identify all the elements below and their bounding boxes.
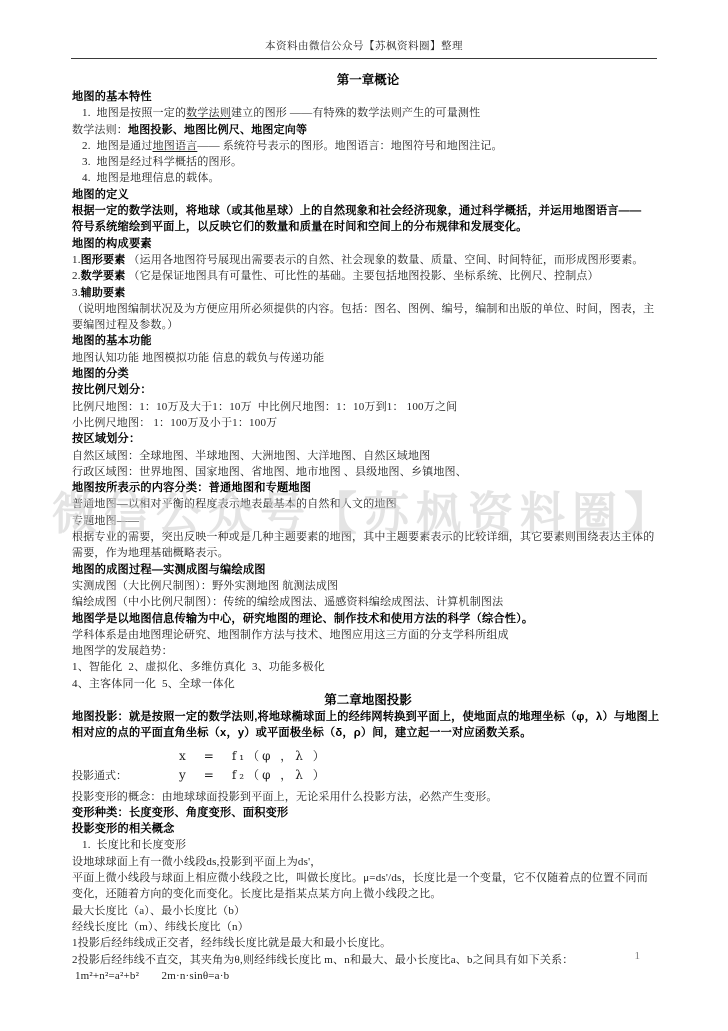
text-run: 投影变形的概念：由地球球面投影到平面上，无论采用什么投影方法，必然产生变形。	[72, 791, 498, 803]
formula-row: x = f₁（φ ，λ ）	[179, 747, 328, 766]
document-body: 第一章概论地图的基本特性1. 地图是按照一定的数学法则建立的图形 ——有特殊的数…	[72, 72, 664, 984]
text-run: 4、主客体同一化 5、全球一体化	[72, 678, 235, 690]
bold-term: 辅助要素	[81, 287, 126, 299]
text-line: 1投影后经纬线成正交者，经纬线长度比就是最大和最小长度比。	[72, 935, 664, 951]
chapter-title: 第二章地图投影	[72, 692, 664, 709]
text-run: 编绘成图（中小比例尺制图）：传统的编绘成图法、遥感资料编绘成图法、计算机制图法	[72, 596, 503, 608]
text-line: 普通地图—以相对平衡的程度表示地表最基本的自然和人文的地图	[72, 496, 664, 512]
heading-line: 相对应的点的平面直角坐标（x，y）或平面极坐标（δ，ρ）间，建立起一一对应函数关…	[72, 725, 664, 741]
page-header: 本资料由微信公众号【苏枫资料圈】整理	[0, 38, 728, 53]
text-line: 3. 地图是经过科学概括的图形。	[72, 154, 664, 170]
text-line: 1. 地图是按照一定的数学法则建立的图形 ——有特殊的数学法则产生的可量测性	[72, 105, 664, 121]
document-page: 本资料由微信公众号【苏枫资料圈】整理 第一章概论地图的基本特性1. 地图是按照一…	[0, 0, 728, 1031]
heading-line: 地图的构成要素	[72, 236, 664, 252]
text-line: 需要，作为地理基础概略表示。	[72, 545, 664, 561]
header-text: 本资料由微信公众号【苏枫资料圈】整理	[265, 41, 463, 52]
text-run: （运用各地图符号展现出需要表示的自然、社会现象的数量、质量、空间、时间特征，而形…	[125, 254, 643, 266]
text-run: 根据专业的需要，突出反映一种或是几种主题要素的地图，其中主题要素表示的比较详细，…	[72, 531, 654, 543]
heading-line: 地图的基本功能	[72, 333, 664, 349]
text-run: 比例尺地图：1：10万及大于1：10万 中比例尺地图：1：10万到1： 100万…	[72, 401, 457, 413]
text-run: 自然区域图：全球地图、半球地图、大洲地图、大洋地图、自然区域地图	[72, 450, 430, 462]
text-run: 学科体系是由地图理论研究、地图制作方法与技术、地图应用这三方面的分支学科所组成	[72, 629, 509, 641]
text-run: （说明地图编制状况及为方便应用所必须提供的内容。包括：图名、图例、编号，编制和出…	[72, 303, 654, 315]
underlined-term: 数学法则	[186, 107, 231, 119]
heading-line: 投影变形的相关概念	[72, 821, 664, 837]
text-line: 地图认知功能 地图模拟功能 信息的载负与传递功能	[72, 350, 664, 366]
text-line: 自然区域图：全球地图、半球地图、大洲地图、大洋地图、自然区域地图	[72, 448, 664, 464]
text-line: 实测成图（大比例尺制图）：野外实测地图 航测法成图	[72, 578, 664, 594]
text-line: 最大长度比（a）、最小长度比（b）	[72, 903, 664, 919]
text-line: 学科体系是由地图理论研究、地图制作方法与技术、地图应用这三方面的分支学科所组成	[72, 627, 664, 643]
text-line: （说明地图编制状况及为方便应用所必须提供的内容。包括：图名、图例、编号，编制和出…	[72, 301, 664, 317]
text-run: 1、智能化 2、虚拟化、多维仿真化 3、功能多极化	[72, 661, 325, 673]
text-line: 平面上微小线段与球面上相应微小线段之比，叫做长度比。μ=ds'/ds，长度比是一…	[72, 870, 664, 886]
text-line: 要编图过程及参数。）	[72, 317, 664, 333]
text-line: 2.数学要素 （它是保证地图具有可量性、可比性的基础。主要包括地图投影、坐标系统…	[72, 268, 664, 284]
text-line: 专题地图——	[72, 513, 664, 529]
text-run: —— 系统符号表示的图形。地图语言：地图符号和地图注记。	[197, 140, 502, 152]
text-line: 投影变形的概念：由地球球面投影到平面上，无论采用什么投影方法，必然产生变形。	[72, 789, 664, 805]
text-line: 根据专业的需要，突出反映一种或是几种主题要素的地图，其中主题要素表示的比较详细，…	[72, 529, 664, 545]
text-line: 小比例尺地图： 1：100万及小于1：100万	[72, 415, 664, 431]
bold-term: 地图投影、地图比例尺、地图定向等	[128, 124, 307, 136]
text-run: 需要，作为地理基础概略表示。	[72, 547, 229, 559]
text-line: 1. 长度比和长度变形	[72, 837, 664, 853]
formula-rows: x = f₁（φ ，λ ）y = f₂（φ ，λ ）	[179, 747, 328, 785]
text-line: 比例尺地图：1：10万及大于1：10万 中比例尺地图：1：10万到1： 100万…	[72, 399, 664, 415]
text-run: （它是保证地图具有可量性、可比性的基础。主要包括地图投影、坐标系统、比例尺、控制…	[125, 270, 598, 282]
text-run: 地图认知功能 地图模拟功能 信息的载负与传递功能	[72, 352, 324, 364]
bold-term: 数学要素	[81, 270, 126, 282]
text-run: 实测成图（大比例尺制图）：野外实测地图 航测法成图	[72, 580, 338, 592]
text-line: 编绘成图（中小比例尺制图）：传统的编绘成图法、遥感资料编绘成图法、计算机制图法	[72, 594, 664, 610]
heading-line: 按区域划分：	[72, 431, 664, 447]
text-run: 1.	[72, 254, 81, 266]
heading-line: 按比例尺划分：	[72, 382, 664, 398]
text-run: 1. 地图是按照一定的	[82, 107, 186, 119]
text-run: 经线长度比（m）、纬线长度比（n）	[72, 921, 249, 933]
text-line: 2. 地图是通过地图语言—— 系统符号表示的图形。地图语言：地图符号和地图注记。	[72, 138, 664, 154]
heading-line: 地图的分类	[72, 366, 664, 382]
text-line: 行政区域图：世界地图、国家地图、省地图、地市地图 、县级地图、乡镇地图、	[72, 464, 664, 480]
text-run: 2.	[72, 270, 81, 282]
text-run: 设地球球面上有一微小线段ds,投影到平面上为ds'，	[72, 856, 322, 868]
heading-line: 根据一定的数学法则，将地球（或其他星球）上的自然现象和社会经济现象，通过科学概括…	[72, 203, 664, 219]
heading-line: 地图的定义	[72, 187, 664, 203]
formula-label: 投影通式：	[72, 767, 127, 785]
text-line: 地图学的发展趋势：	[72, 643, 664, 659]
text-run: 要编图过程及参数。）	[72, 319, 179, 331]
bold-term: 图形要素	[81, 254, 126, 266]
text-run: 平面上微小线段与球面上相应微小线段之比，叫做长度比。μ=ds'/ds，长度比是一…	[72, 872, 648, 884]
heading-line: 变形种类：长度变形、角度变形、面积变形	[72, 805, 664, 821]
text-line: 1、智能化 2、虚拟化、多维仿真化 3、功能多极化	[72, 659, 664, 675]
text-line: 4、主客体同一化 5、全球一体化	[72, 676, 664, 692]
text-run: 地图学的发展趋势：	[72, 645, 173, 657]
text-run: 1. 长度比和长度变形	[82, 839, 186, 851]
heading-line: 地图的成图过程—实测成图与编绘成图	[72, 562, 664, 578]
header-divider	[71, 58, 657, 59]
formula-row: y = f₂（φ ，λ ）	[179, 766, 328, 785]
chapter-title: 第一章概论	[72, 72, 664, 89]
projection-formula: 投影通式：x = f₁（φ ，λ ）y = f₂（φ ，λ ）	[72, 747, 664, 785]
text-run: 2投影后经纬线不直交，其夹角为θ,则经纬线长度比 m、n和最大、最小长度比a、b…	[72, 954, 574, 966]
text-run: 4. 地图是地理信息的载体。	[82, 172, 220, 184]
text-line: 1.图形要素 （运用各地图符号展现出需要表示的自然、社会现象的数量、质量、空间、…	[72, 252, 664, 268]
text-run: 数学法则：	[72, 124, 128, 136]
text-line: 经线长度比（m）、纬线长度比（n）	[72, 919, 664, 935]
text-line: 设地球球面上有一微小线段ds,投影到平面上为ds'，	[72, 854, 664, 870]
heading-line: 符号系统缩绘到平面上，以反映它们的数量和质量在时间和空间上的分布规律和发展变化。	[72, 219, 664, 235]
heading-line: 地图投影：就是按照一定的数学法则,将地球椭球面上的经纬网转换到平面上，使地面点的…	[72, 709, 664, 725]
heading-line: 地图学是以地图信息传输为中心，研究地图的理论、制作技术和使用方法的科学（综合性）…	[72, 611, 664, 627]
text-line: 4. 地图是地理信息的载体。	[72, 170, 664, 186]
text-run: 3.	[72, 287, 81, 299]
text-run: 小比例尺地图： 1：100万及小于1：100万	[72, 417, 277, 429]
text-run: 专题地图——	[72, 515, 139, 527]
page-number: 1	[635, 950, 641, 962]
text-run: 行政区域图：世界地图、国家地图、省地图、地市地图 、县级地图、乡镇地图、	[72, 466, 467, 478]
text-line: 3.辅助要素	[72, 285, 664, 301]
text-run: 1m²+n²=a²+b² 2m·n·sinθ=a·b	[72, 970, 229, 982]
text-run: 2. 地图是通过	[82, 140, 153, 152]
text-line: 1m²+n²=a²+b² 2m·n·sinθ=a·b	[72, 968, 664, 984]
text-run: 最大长度比（a）、最小长度比（b）	[72, 905, 245, 917]
text-run: 建立的图形 ——有特殊的数学法则产生的可量测性	[231, 107, 480, 119]
text-line: 数学法则：地图投影、地图比例尺、地图定向等	[72, 122, 664, 138]
text-run: 普通地图—以相对平衡的程度表示地表最基本的自然和人文的地图	[72, 498, 397, 510]
underlined-term: 地图语言	[153, 140, 198, 152]
text-run: 3. 地图是经过科学概括的图形。	[82, 156, 242, 168]
text-run: 1投影后经纬线成正交者，经纬线长度比就是最大和最小长度比。	[72, 937, 391, 949]
text-run: 变化，还随着方向的变化而变化。长度比是指某点某方向上微小线段之比。	[72, 888, 442, 900]
heading-line: 地图的基本特性	[72, 89, 664, 105]
text-line: 2投影后经纬线不直交，其夹角为θ,则经纬线长度比 m、n和最大、最小长度比a、b…	[72, 952, 664, 968]
text-line: 变化，还随着方向的变化而变化。长度比是指某点某方向上微小线段之比。	[72, 886, 664, 902]
heading-line: 地图按所表示的内容分类：普通地图和专题地图	[72, 480, 664, 496]
